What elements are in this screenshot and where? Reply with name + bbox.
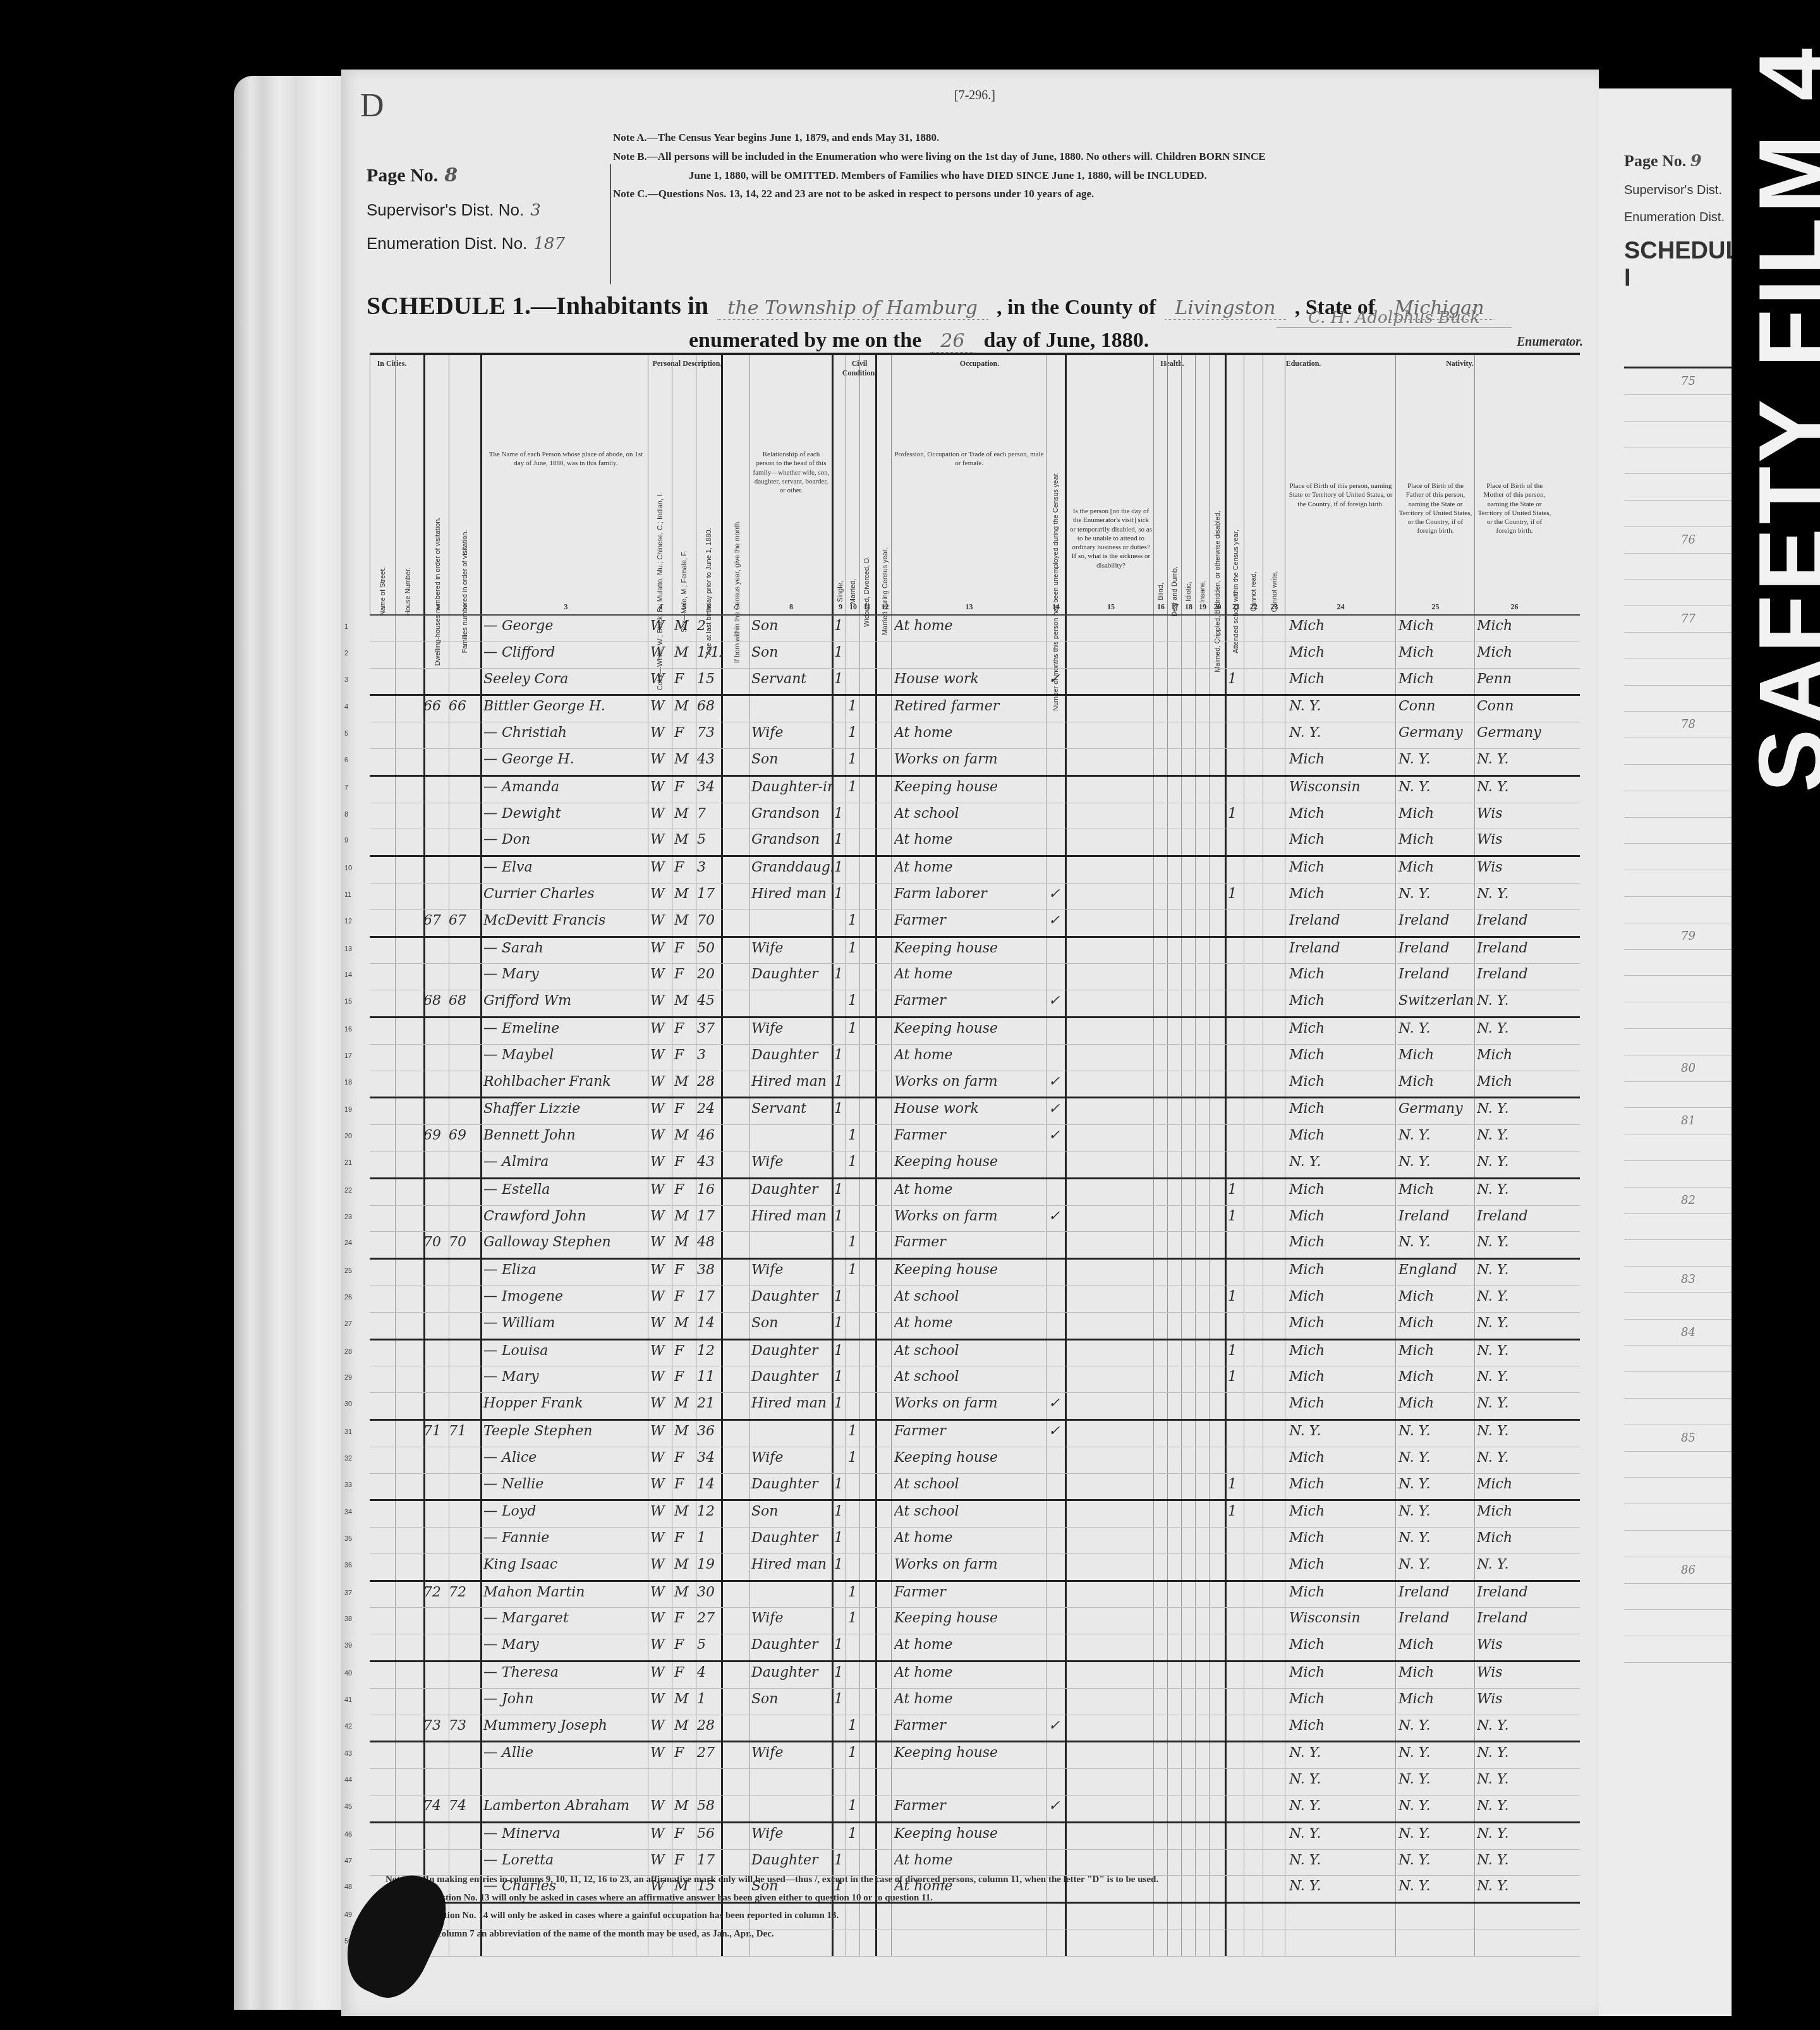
line-number: 47 [344,1857,352,1865]
cell-occ: Works on farm [894,1395,1046,1411]
line-number: 21 [344,1159,352,1167]
adjacent-row [1624,1636,1732,1663]
line-number: 6 [344,757,348,764]
table-row: 46666Bittler George H.WM681Retired farme… [370,696,1580,722]
adjacent-row [1624,765,1732,791]
cell-dw: 71 [423,1423,449,1439]
table-row: 38— MargaretWF27Wife1Keeping houseWiscon… [370,1608,1580,1634]
cell-occ: At school [894,1476,1046,1492]
adjacent-row [1624,976,1732,1002]
cell-unemp: ✓ [1048,1127,1064,1143]
cell-name: Grifford Wm [483,993,648,1009]
cell-sex: M [674,698,696,714]
cell-mother: N. Y. [1477,1369,1553,1385]
corner-letter: D [360,87,384,125]
cell-age: 17 [697,1208,722,1224]
cell-color: W [650,1074,672,1090]
cell-birth: Mich [1289,1074,1395,1090]
cell-sex: F [674,1852,696,1868]
line-number: 11 [344,891,351,899]
table-row: 34— LoydWM12Son1At school1MichN. Y.Mich [370,1501,1580,1528]
cell-unemp: ✓ [1048,671,1064,687]
cell-age: 1/12 [697,645,722,660]
table-row: 5— ChristiahWF73Wife1At homeN. Y.Germany… [370,722,1580,749]
line-number: 30 [344,1401,352,1408]
cell-sex: M [674,1234,696,1250]
adjacent-row [1624,738,1732,765]
adjacent-row [1624,554,1732,580]
note-d: Note D.—In making entries in columns 9, … [385,1871,1158,1889]
cell-age: 2 [697,618,722,634]
table-row: 14— MaryWF20Daughter1At homeMichIrelandI… [370,964,1580,990]
cell-sex: M [674,1423,696,1439]
cell-name: — Allie [483,1745,648,1761]
cell-color: W [650,1504,672,1519]
cell-school: 1 [1228,1289,1243,1304]
cell-mother: N. Y. [1477,993,1553,1009]
cell-mother: N. Y. [1477,751,1553,767]
cell-name: — George H. [483,751,648,767]
table-row: 29— MaryWF11Daughter1At school1MichMichN… [370,1366,1580,1393]
cell-father: Ireland [1398,966,1474,982]
census-table: In Cities. Personal Description. Civil C… [370,353,1580,1957]
cell-mother: N. Y. [1477,1798,1553,1814]
adjacent-row [1624,1372,1732,1399]
cell-name: — Almira [483,1154,648,1170]
cell-birth: N. Y. [1289,1878,1395,1894]
line-number: 12 [344,918,352,925]
line-number: 7 [344,784,348,792]
line-number: 46 [344,1831,352,1839]
cell-age: 1 [697,1530,722,1546]
cell-age: 24 [697,1101,722,1117]
cell-unemp: ✓ [1048,1395,1064,1411]
cell-sex: F [674,1665,696,1681]
col-blind: Blind,16 [1153,355,1168,614]
cell-occ: At home [894,966,1046,982]
cell-father: N. Y. [1398,1826,1474,1842]
cell-rel: Wife [751,1021,832,1036]
cell-age: 4 [697,1665,722,1681]
cell-name: Shaffer Lizzie [483,1101,648,1117]
cell-birth: Mich [1289,886,1395,902]
cell-occ: Retired farmer [894,698,1046,714]
cell-mother: N. Y. [1477,1718,1553,1734]
enumerator-signature: C. H. Adolphus Buck [1277,308,1512,328]
cell-occ: At school [894,1289,1046,1304]
cell-occ: At home [894,1665,1046,1681]
cell-color: W [650,1852,672,1868]
cell-color: W [650,1289,672,1304]
book-page-edges [234,76,348,2010]
cell-birth: N. Y. [1289,1423,1395,1439]
cell-name: Rohlbacher Frank [483,1074,648,1090]
cell-mother: N. Y. [1477,1262,1553,1278]
cell-sex: M [674,1798,696,1814]
cell-rel: Daughter [751,1182,832,1198]
cell-occ: At home [894,832,1046,848]
cell-father: Ireland [1398,1584,1474,1600]
cell-birth: Wisconsin [1289,779,1395,795]
cell-rel: Daughter [751,966,832,982]
cell-birth: Mich [1289,751,1395,767]
col-widowed: Widowed, Divorced, D.11 [859,355,874,614]
cell-mother: Wis [1477,1637,1553,1653]
cell-name: — Elva [483,860,648,875]
cell-color: W [650,806,672,822]
adjacent-row [1624,686,1732,712]
table-header: In Cities. Personal Description. Civil C… [370,353,1580,616]
cell-father: N. Y. [1398,886,1474,902]
cell-father: Germany [1398,1101,1474,1117]
line-number: 22 [344,1187,352,1194]
cell-married: 1 [848,779,859,795]
cell-rel: Son [751,645,832,660]
cell-sex: F [674,1476,696,1492]
cell-name: — Margaret [483,1610,648,1626]
cell-color: W [650,1021,672,1036]
cell-single: 1 [834,1315,846,1331]
cell-age: 3 [697,860,722,875]
cell-age: 43 [697,751,722,767]
cell-sex: F [674,725,696,741]
cell-birth: Mich [1289,1504,1395,1519]
cell-age: 11 [697,1369,722,1385]
cell-married: 1 [848,1234,859,1250]
cell-mother: N. Y. [1477,1423,1553,1439]
cell-rel: Son [751,1315,832,1331]
cell-name: — John [483,1691,648,1707]
cell-rel: Wife [751,1450,832,1466]
note-e: Note E.—Question No. 13 will only be ask… [385,1889,1158,1907]
cell-name: — Sarah [483,940,648,956]
cell-sex: F [674,1450,696,1466]
cell-birth: Mich [1289,1289,1395,1304]
cell-birth: Mich [1289,1665,1395,1681]
cell-color: W [650,1262,672,1278]
cell-father: N. Y. [1398,779,1474,795]
cell-name: Currier Charles [483,886,648,902]
cell-father: Ireland [1398,913,1474,928]
cell-rel: Grandson [751,806,832,822]
cell-school: 1 [1228,1504,1243,1519]
cell-color: W [650,1637,672,1653]
adjacent-row: 76 [1624,527,1732,554]
cell-color: W [650,993,672,1009]
col-house: House Number. [395,355,421,614]
cell-occ: Keeping house [894,1745,1046,1761]
cell-mother: Wis [1477,806,1553,822]
cell-age: 1 [697,1691,722,1707]
cell-birth: Mich [1289,1369,1395,1385]
adjacent-row: 79 [1624,923,1732,950]
cell-occ: House work [894,671,1046,687]
cell-fam: 69 [449,1127,480,1143]
cell-single: 1 [834,671,846,687]
cell-unemp: ✓ [1048,913,1064,928]
line-number: 5 [344,730,348,738]
cell-fam: 67 [449,913,480,928]
cell-dw: 67 [423,913,449,928]
table-row: 377272Mahon MartinWM301FarmerMichIreland… [370,1582,1580,1608]
cell-occ: Farm laborer [894,886,1046,902]
cell-birth: N. Y. [1289,1745,1395,1761]
line-number: 16 [344,1026,352,1033]
cell-mother: Ireland [1477,1610,1553,1626]
cell-single: 1 [834,1395,846,1411]
cell-birth: Mich [1289,618,1395,634]
cell-age: 21 [697,1395,722,1411]
table-row: 3Seeley CoraWF15Servant1House work✓1Mich… [370,669,1580,696]
cell-color: W [650,618,672,634]
cell-name: — Louisa [483,1343,648,1359]
cell-birth: Mich [1289,1637,1395,1653]
cell-color: W [650,832,672,848]
cell-sex: F [674,1289,696,1304]
cell-unemp: ✓ [1048,1208,1064,1224]
adjacent-row [1624,474,1732,501]
cell-age: 12 [697,1343,722,1359]
adjacent-row [1624,1161,1732,1188]
line-number: 13 [344,945,352,953]
col-occupation: Profession, Occupation or Trade of each … [891,355,1046,614]
cell-mother: Penn [1477,671,1553,687]
cell-color: W [650,1665,672,1681]
cell-age: 34 [697,779,722,795]
adjacent-row [1624,1293,1732,1320]
cell-birth: N. Y. [1289,1852,1395,1868]
cell-single: 1 [834,806,846,822]
cell-sex: F [674,1745,696,1761]
line-number: 18 [344,1079,352,1086]
adjacent-row [1624,1029,1732,1055]
cell-occ: Keeping house [894,1154,1046,1170]
cell-birth: Mich [1289,1262,1395,1278]
cell-fam: 68 [449,993,480,1009]
adjacent-row [1624,818,1732,844]
cell-birth: Mich [1289,1127,1395,1143]
cell-mother: Wis [1477,1691,1553,1707]
line-number: 34 [344,1509,352,1516]
cell-name: — Fannie [483,1530,648,1546]
cell-name: Teeple Stephen [483,1423,648,1439]
cell-birth: Mich [1289,1315,1395,1331]
cell-mother: Mich [1477,645,1553,660]
cell-occ: At home [894,860,1046,875]
line-number: 49 [344,1911,352,1919]
adjacent-row [1624,395,1732,422]
cell-father: Mich [1398,1369,1474,1385]
cell-father: Conn [1398,698,1474,714]
cell-birth: Mich [1289,806,1395,822]
cell-father: N. Y. [1398,1021,1474,1036]
cell-age: 50 [697,940,722,956]
cell-rel: Son [751,1691,832,1707]
cell-mother: Ireland [1477,966,1553,982]
cell-color: W [650,1530,672,1546]
cell-single: 1 [834,966,846,982]
cell-age: 17 [697,886,722,902]
cell-color: W [650,1826,672,1842]
cell-father: N. Y. [1398,1234,1474,1250]
col-married: Married,10 [846,355,860,614]
col-sickness: Is the person [on the day of the Enumera… [1065,355,1155,614]
cell-color: W [650,671,672,687]
cell-mother: Conn [1477,698,1553,714]
cell-occ: Works on farm [894,1557,1046,1572]
cell-single: 1 [834,1101,846,1117]
adjacent-row [1624,447,1732,474]
cell-father: N. Y. [1398,1745,1474,1761]
cell-name: Bittler George H. [483,698,648,714]
cell-occ: Works on farm [894,751,1046,767]
cell-sex: M [674,1074,696,1090]
table-row: 427373Mummery JosephWM281Farmer✓MichN. Y… [370,1715,1580,1743]
cell-mother: Wis [1477,1665,1553,1681]
cell-father: Mich [1398,1395,1474,1411]
cell-single: 1 [834,860,846,875]
cell-age: 5 [697,832,722,848]
cell-age: 56 [697,1826,722,1842]
cell-name: — George [483,618,648,634]
table-row: 33— NellieWF14Daughter1At school1MichN. … [370,1474,1580,1502]
adjacent-row: 83 [1624,1267,1732,1293]
cell-rel: Servant [751,671,832,687]
cell-occ: Farmer [894,1423,1046,1439]
cell-mother: Wis [1477,860,1553,875]
table-row: 7— AmandaWF34Daughter-in-law1Keeping hou… [370,777,1580,803]
cell-color: W [650,1182,672,1198]
cell-occ: At home [894,1182,1046,1198]
col-unemployed: Number of months this person has been un… [1046,355,1065,614]
table-row: 1— GeorgeWM2Son1At homeMichMichMich [370,616,1580,642]
table-row: 10— ElvaWF3Granddaughter1At homeMichMich… [370,857,1580,884]
adjacent-row [1624,1531,1732,1557]
cell-rel: Wife [751,1262,832,1278]
cell-rel: Hired man [751,1557,832,1572]
cell-sex: F [674,1182,696,1198]
cell-birth: Mich [1289,1395,1395,1411]
line-number: 17 [344,1052,352,1060]
cell-single: 1 [834,1369,846,1385]
table-row: 26— ImogeneWF17Daughter1At school1MichMi… [370,1286,1580,1313]
line-number: 23 [344,1213,352,1221]
cell-married: 1 [848,1423,859,1439]
cell-name: — Eliza [483,1262,648,1278]
cell-sex: F [674,940,696,956]
cell-occ: At school [894,1369,1046,1385]
enumeration-district-value: 187 [533,234,565,253]
cell-age: 15 [697,671,722,687]
cell-birth: Mich [1289,1557,1395,1572]
cell-father: Ireland [1398,1208,1474,1224]
cell-father: N. Y. [1398,1772,1474,1787]
line-number: 19 [344,1106,352,1114]
cell-rel: Daughter-in-law [751,779,832,795]
cell-married: 1 [848,993,859,1009]
cell-occ: At school [894,1504,1046,1519]
table-row: 41— JohnWM1Son1At homeMichMichWis [370,1689,1580,1715]
cell-mother: N. Y. [1477,1127,1553,1143]
cell-color: W [650,1208,672,1224]
col-idiotic: Idiotic,18 [1181,355,1196,614]
table-row: 39— MaryWF5Daughter1At homeMichMichWis [370,1634,1580,1662]
adjacent-row [1624,1240,1732,1267]
cell-color: W [650,1584,672,1600]
cell-occ: Keeping house [894,1610,1046,1626]
cell-rel: Wife [751,940,832,956]
cell-dw: 74 [423,1798,449,1814]
cell-father: Mich [1398,645,1474,660]
cell-single: 1 [834,1074,846,1090]
cell-birth: Mich [1289,1450,1395,1466]
adjacent-row [1624,501,1732,527]
cell-age: 37 [697,1021,722,1036]
line-number: 41 [344,1696,352,1704]
cell-occ: At home [894,618,1046,634]
line-number: 38 [344,1615,352,1623]
cell-married: 1 [848,1450,859,1466]
cell-sex: F [674,1369,696,1385]
cell-name: — Estella [483,1182,648,1198]
cell-school: 1 [1228,886,1243,902]
cell-birth: Ireland [1289,940,1395,956]
line-number: 45 [344,1803,352,1811]
cell-birth: Mich [1289,1021,1395,1036]
cell-mother: N. Y. [1477,1154,1553,1170]
line-number: 1 [344,623,348,631]
cell-age: 27 [697,1745,722,1761]
cell-school: 1 [1228,671,1243,687]
cell-color: W [650,886,672,902]
cell-birth: Mich [1289,860,1395,875]
cell-age: 46 [697,1127,722,1143]
cell-color: W [650,1127,672,1143]
cell-birth: Mich [1289,645,1395,660]
line-number: 33 [344,1481,352,1489]
table-row: 27— WilliamWM14Son1At homeMichMichN. Y. [370,1313,1580,1340]
table-row: 35— FannieWF1Daughter1At homeMichN. Y.Mi… [370,1528,1580,1554]
line-number: 10 [344,865,352,872]
cell-mother: N. Y. [1477,1395,1553,1411]
cell-age: 58 [697,1798,722,1814]
cell-birth: N. Y. [1289,1772,1395,1787]
cell-age: 48 [697,1234,722,1250]
table-body: 1— GeorgeWM2Son1At homeMichMichMich2— Cl… [370,616,1580,1957]
cell-school: 1 [1228,1208,1243,1224]
adjacent-row [1624,950,1732,976]
cell-birth: Mich [1289,1343,1395,1359]
cell-age: 28 [697,1718,722,1734]
cell-mother: Germany [1477,725,1553,741]
cell-name: — Amanda [483,779,648,795]
cell-age: 5 [697,1637,722,1653]
cell-mother: Mich [1477,1047,1553,1063]
adjacent-row: 75 [1624,368,1732,395]
table-row: 206969Bennett JohnWM461Farmer✓MichN. Y.N… [370,1125,1580,1152]
adjacent-row [1624,791,1732,818]
cell-father: Mich [1398,1074,1474,1090]
adjacent-row: 77 [1624,606,1732,633]
cell-name: — Theresa [483,1665,648,1681]
cell-mother: N. Y. [1477,1234,1553,1250]
cell-occ: Farmer [894,1127,1046,1143]
cell-dw: 68 [423,993,449,1009]
cell-occ: At home [894,1047,1046,1063]
footnotes: Note D.—In making entries in columns 9, … [385,1871,1158,1943]
table-row: 2— CliffordWM1/12Son1MichMichMich [370,642,1580,669]
note-a: Note A.—The Census Year begins June 1, 1… [613,128,1586,147]
